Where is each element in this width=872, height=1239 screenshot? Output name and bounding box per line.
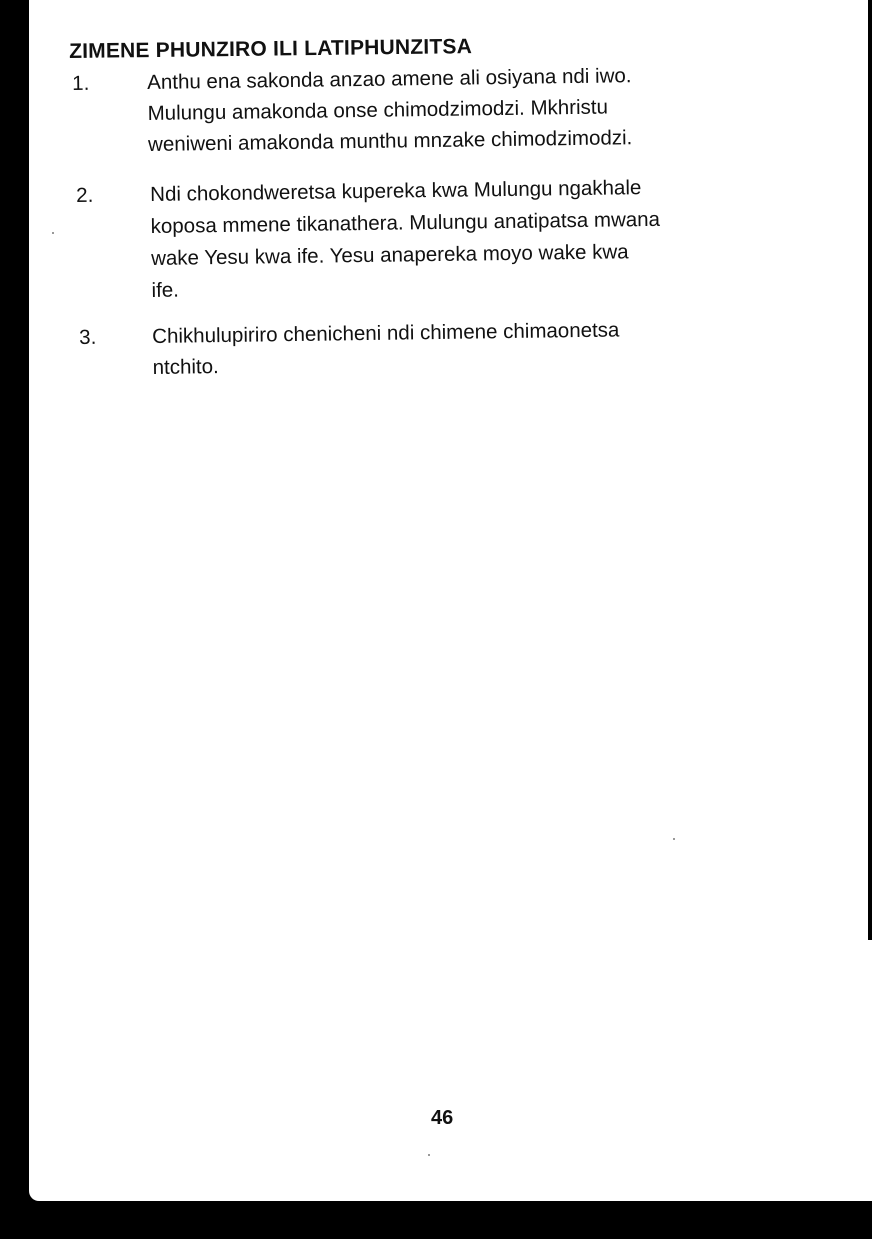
section-heading: ZIMENE PHUNZIRO ILI LATIPHUNZITSA [69, 35, 472, 64]
list-item-number: 3. [79, 322, 97, 353]
list-item-number: 1. [72, 68, 90, 99]
page-number: 46 [431, 1107, 453, 1130]
scan-speck [673, 838, 675, 840]
text-line: Chikhulupiriro chenicheni ndi chimene ch… [152, 314, 620, 352]
scan-speck [428, 1154, 430, 1156]
list-item-text: Ndi chokondweretsa kupereka kwa Mulungu … [150, 172, 661, 307]
scan-speck [52, 232, 54, 234]
list-item-number: 2. [76, 180, 94, 211]
list-item-text: Anthu ena sakonda anzao amene ali osiyan… [147, 60, 633, 160]
text-line: ntchito. [152, 345, 620, 383]
page-right-margin [867, 940, 872, 1201]
list-item-text: Chikhulupiriro chenicheni ndi chimene ch… [152, 314, 620, 383]
